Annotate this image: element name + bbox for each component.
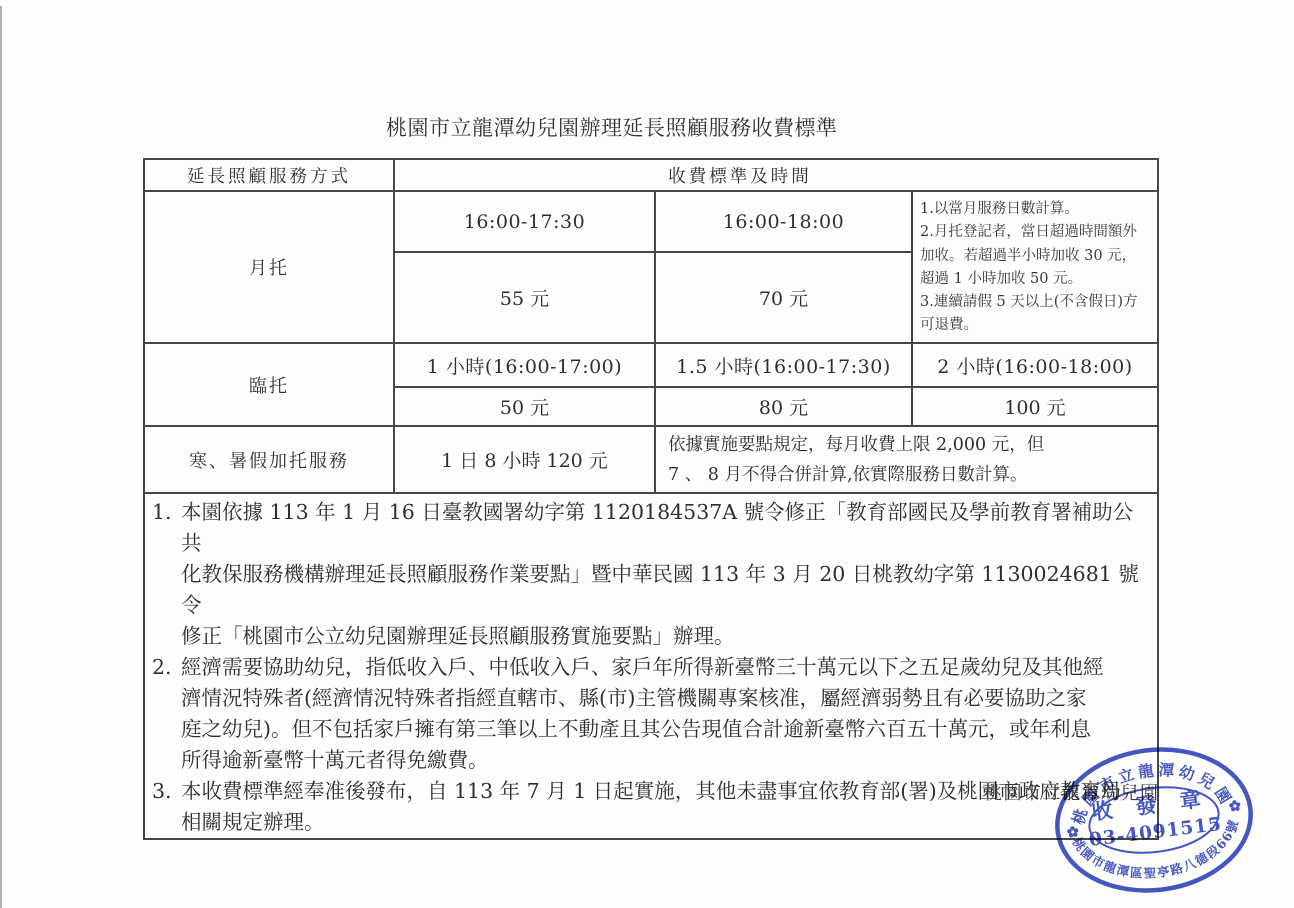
header-fee-standard: 收費標準及時間 [394, 159, 1158, 191]
monthly-fee-b: 70 元 [655, 252, 912, 343]
hourly-time-c: 2 小時(16:00-18:00) [912, 343, 1158, 387]
monthly-time-a: 16:00-17:30 [394, 191, 655, 252]
monthly-fee-a: 55 元 [394, 252, 655, 343]
hourly-fee-c: 100 元 [912, 387, 1158, 426]
fee-table: 延長照顧服務方式 收費標準及時間 月托 16:00-17:30 16:00-18… [143, 158, 1159, 840]
table-row: 延長照顧服務方式 收費標準及時間 [144, 159, 1158, 191]
table-row: 月托 16:00-17:30 16:00-18:00 1.以當月服務日數計算。 … [144, 191, 1158, 252]
footnote-text: 本園依據 113 年 1 月 16 日臺教國署幼字第 1120184537A 號… [181, 497, 1151, 652]
scan-edge-line [0, 6, 2, 908]
hourly-fee-a: 50 元 [394, 387, 655, 426]
hourly-time-b: 1.5 小時(16:00-17:30) [655, 343, 912, 387]
footnote-item: 2. 經濟需要協助幼兒，指低收入戶、中低收入戶、家戶年所得新臺幣三十萬元以下之五… [152, 652, 1151, 776]
footnote-item: 1. 本園依據 113 年 1 月 16 日臺教國署幼字第 1120184537… [152, 497, 1151, 652]
vacation-care-label: 寒、暑假加托服務 [144, 426, 394, 493]
vacation-fee: 1 日 8 小時 120 元 [394, 426, 655, 493]
monthly-care-label: 月托 [144, 191, 394, 343]
hourly-time-a: 1 小時(16:00-17:00) [394, 343, 655, 387]
header-fee-standard-label: 收費標準及時間 [668, 163, 812, 188]
footnote-text: 經濟需要協助幼兒，指低收入戶、中低收入戶、家戶年所得新臺幣三十萬元以下之五足歲幼… [181, 652, 1151, 776]
table-row: 寒、暑假加托服務 1 日 8 小時 120 元 依據實施要點規定，每月收費上限 … [144, 426, 1158, 493]
stamp-flower-left-icon [1067, 826, 1079, 838]
document-page: 桃園市立龍潭幼兒園辦理延長照顧服務收費標準 延長照顧服務方式 收費標準及時間 月… [0, 0, 1294, 908]
monthly-notes: 1.以當月服務日數計算。 2.月托登記者，當日超過時間額外 加收。若超過半小時加… [912, 191, 1158, 343]
monthly-time-b: 16:00-18:00 [655, 191, 912, 252]
footnote-number: 3. [152, 776, 181, 807]
hourly-care-label: 臨托 [144, 343, 394, 426]
document-title: 桃園市立龍潭幼兒園辦理延長照顧服務收費標準 [386, 112, 838, 142]
receipt-stamp: 桃園市立龍潭幼兒園 收 發 章 03-4091515 桃園市龍潭區聖亭路八德段6… [1039, 730, 1268, 908]
header-service-type: 延長照顧服務方式 [144, 159, 394, 191]
hourly-fee-b: 80 元 [655, 387, 912, 426]
vacation-note: 依據實施要點規定，每月收費上限 2,000 元，但 7 、 8 月不得合併計算,… [655, 426, 1158, 493]
footnote-number: 1. [152, 497, 181, 528]
footnote-number: 2. [152, 652, 181, 683]
table-row: 臨托 1 小時(16:00-17:00) 1.5 小時(16:00-17:30)… [144, 343, 1158, 387]
